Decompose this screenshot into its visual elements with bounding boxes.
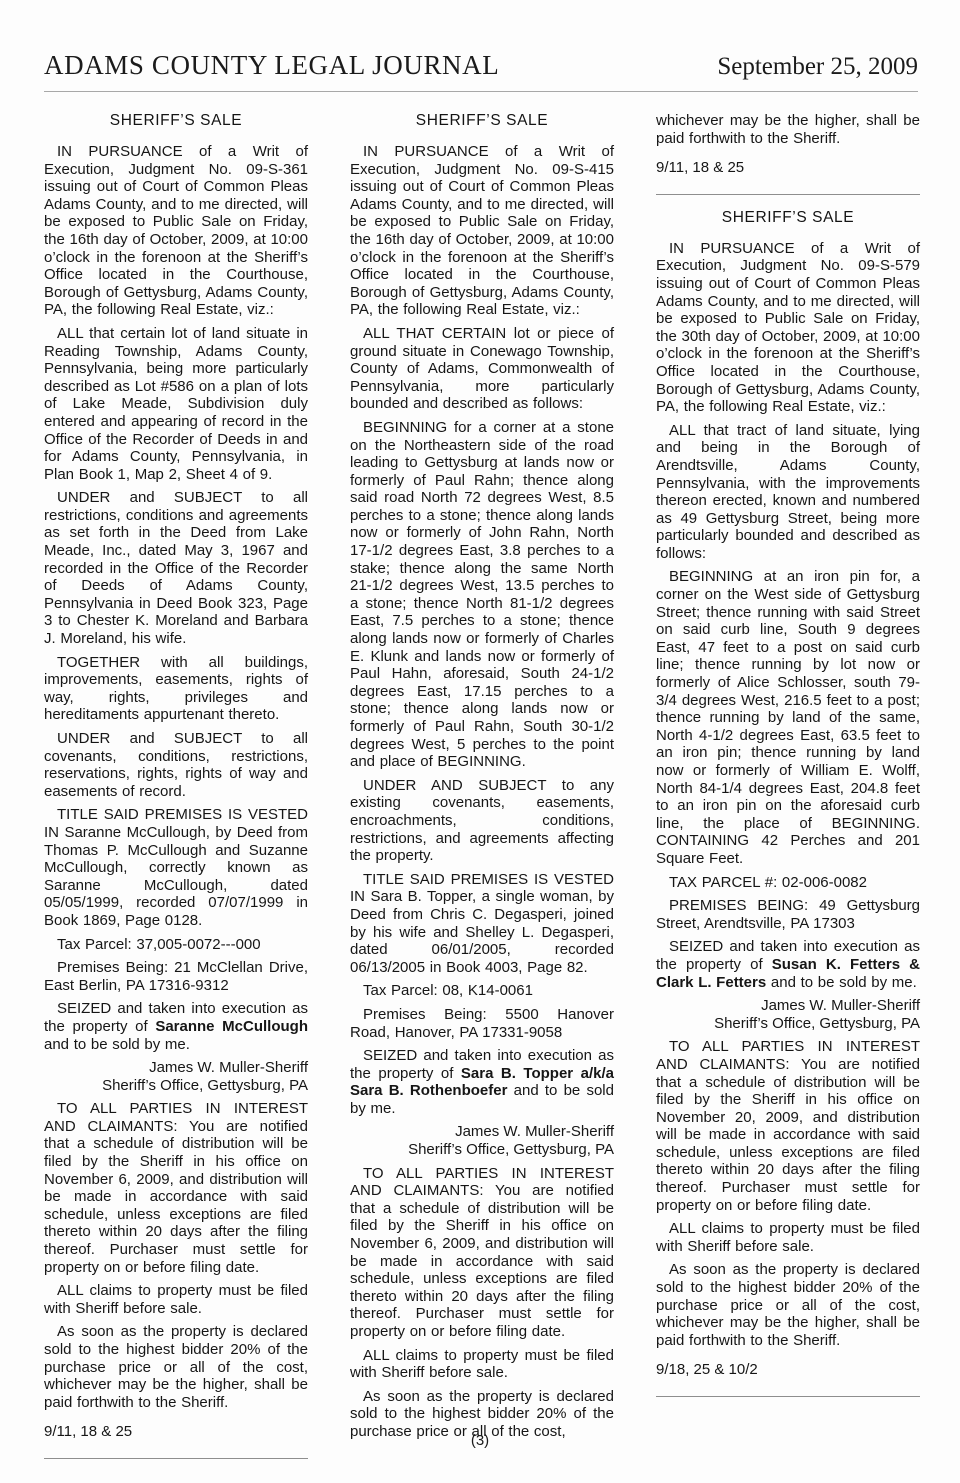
notice-paragraph: ALL that tract of land situate, lying an…: [656, 422, 920, 563]
notice-paragraph: As soon as the property is declared sold…: [44, 1323, 308, 1411]
notice-paragraph: Tax Parcel: 37,005-0072---000: [44, 936, 308, 954]
notice-paragraph: IN PURSUANCE of a Writ of Execution, Jud…: [350, 143, 614, 319]
notice-paragraph: UNDER and SUBJECT to all covenants, cond…: [44, 730, 308, 800]
notice-paragraph: ALL THAT CERTAIN lot or piece of ground …: [350, 325, 614, 413]
notice-paragraph: TITLE SAID PREMISES IS VESTED IN Saranne…: [44, 806, 308, 929]
notice-divider: [656, 1396, 920, 1397]
notice-divider: [44, 1458, 308, 1459]
notice-heading: SHERIFF’S SALE: [656, 209, 920, 227]
sheriff-signature: James W. Muller-SheriffSheriff’s Office,…: [350, 1123, 614, 1158]
sheriff-signature: James W. Muller-SheriffSheriff’s Office,…: [44, 1059, 308, 1094]
notice-columns: SHERIFF’S SALEIN PURSUANCE of a Writ of …: [0, 92, 960, 1468]
sheriff-signature: James W. Muller-SheriffSheriff’s Office,…: [656, 997, 920, 1032]
notice-paragraph: SEIZED and taken into execution as the p…: [350, 1047, 614, 1117]
notice-paragraph: SEIZED and taken into execution as the p…: [44, 1000, 308, 1053]
notice-paragraph: TO ALL PARTIES IN INTEREST AND CLAIMANTS…: [350, 1165, 614, 1341]
notice-paragraph: TITLE SAID PREMISES IS VESTED IN Sara B.…: [350, 871, 614, 977]
notice-paragraph: IN PURSUANCE of a Writ of Execution, Jud…: [656, 240, 920, 416]
notice-paragraph: UNDER AND SUBJECT to any existing covena…: [350, 777, 614, 865]
column-1: SHERIFF’S SALEIN PURSUANCE of a Writ of …: [44, 112, 308, 1468]
notice-paragraph: BEGINNING at an iron pin for, a corner o…: [656, 568, 920, 867]
publication-dates: 9/11, 18 & 25: [656, 159, 920, 177]
page-number: (3): [471, 1432, 489, 1449]
notice-paragraph: TO ALL PARTIES IN INTEREST AND CLAIMANTS…: [44, 1100, 308, 1276]
issue-date: September 25, 2009: [717, 53, 918, 81]
notice-paragraph: ALL claims to property must be filed wit…: [44, 1282, 308, 1317]
notice-paragraph: IN PURSUANCE of a Writ of Execution, Jud…: [44, 143, 308, 319]
notice-paragraph: UNDER and SUBJECT to all restrictions, c…: [44, 489, 308, 647]
notice-paragraph: BEGINNING for a corner at a stone on the…: [350, 419, 614, 771]
notice-heading: SHERIFF’S SALE: [350, 112, 614, 130]
masthead: ADAMS COUNTY LEGAL JOURNAL September 25,…: [0, 0, 960, 81]
journal-title: ADAMS COUNTY LEGAL JOURNAL: [44, 50, 499, 81]
notice-paragraph: TO ALL PARTIES IN INTEREST AND CLAIMANTS…: [656, 1038, 920, 1214]
notice-paragraph: Tax Parcel: 08, K14-0061: [350, 982, 614, 1000]
notice-paragraph: TOGETHER with all buildings, improvement…: [44, 654, 308, 724]
legal-journal-page: ADAMS COUNTY LEGAL JOURNAL September 25,…: [0, 0, 960, 1483]
column-2: SHERIFF’S SALEIN PURSUANCE of a Writ of …: [350, 112, 614, 1468]
publication-dates: 9/18, 25 & 10/2: [656, 1361, 920, 1379]
notice-paragraph: Premises Being: 5500 Hanover Road, Hanov…: [350, 1006, 614, 1041]
notice-paragraph: PREMISES BEING: 49 Gettysburg Street, Ar…: [656, 897, 920, 932]
notice-paragraph: ALL claims to property must be filed wit…: [656, 1220, 920, 1255]
notice-paragraph: TAX PARCEL #: 02-006-0082: [656, 874, 920, 892]
notice-paragraph: whichever may be the higher, shall be pa…: [656, 112, 920, 147]
notice-paragraph: Premises Being: 21 McClellan Drive, East…: [44, 959, 308, 994]
column-3: whichever may be the higher, shall be pa…: [656, 112, 920, 1468]
notice-paragraph: ALL that certain lot of land situate in …: [44, 325, 308, 483]
notice-paragraph: As soon as the property is declared sold…: [656, 1261, 920, 1349]
notice-divider: [656, 194, 920, 195]
notice-paragraph: ALL claims to property must be filed wit…: [350, 1347, 614, 1382]
notice-paragraph: SEIZED and taken into execution as the p…: [656, 938, 920, 991]
notice-heading: SHERIFF’S SALE: [44, 112, 308, 130]
page-footer: (3): [0, 1432, 960, 1449]
